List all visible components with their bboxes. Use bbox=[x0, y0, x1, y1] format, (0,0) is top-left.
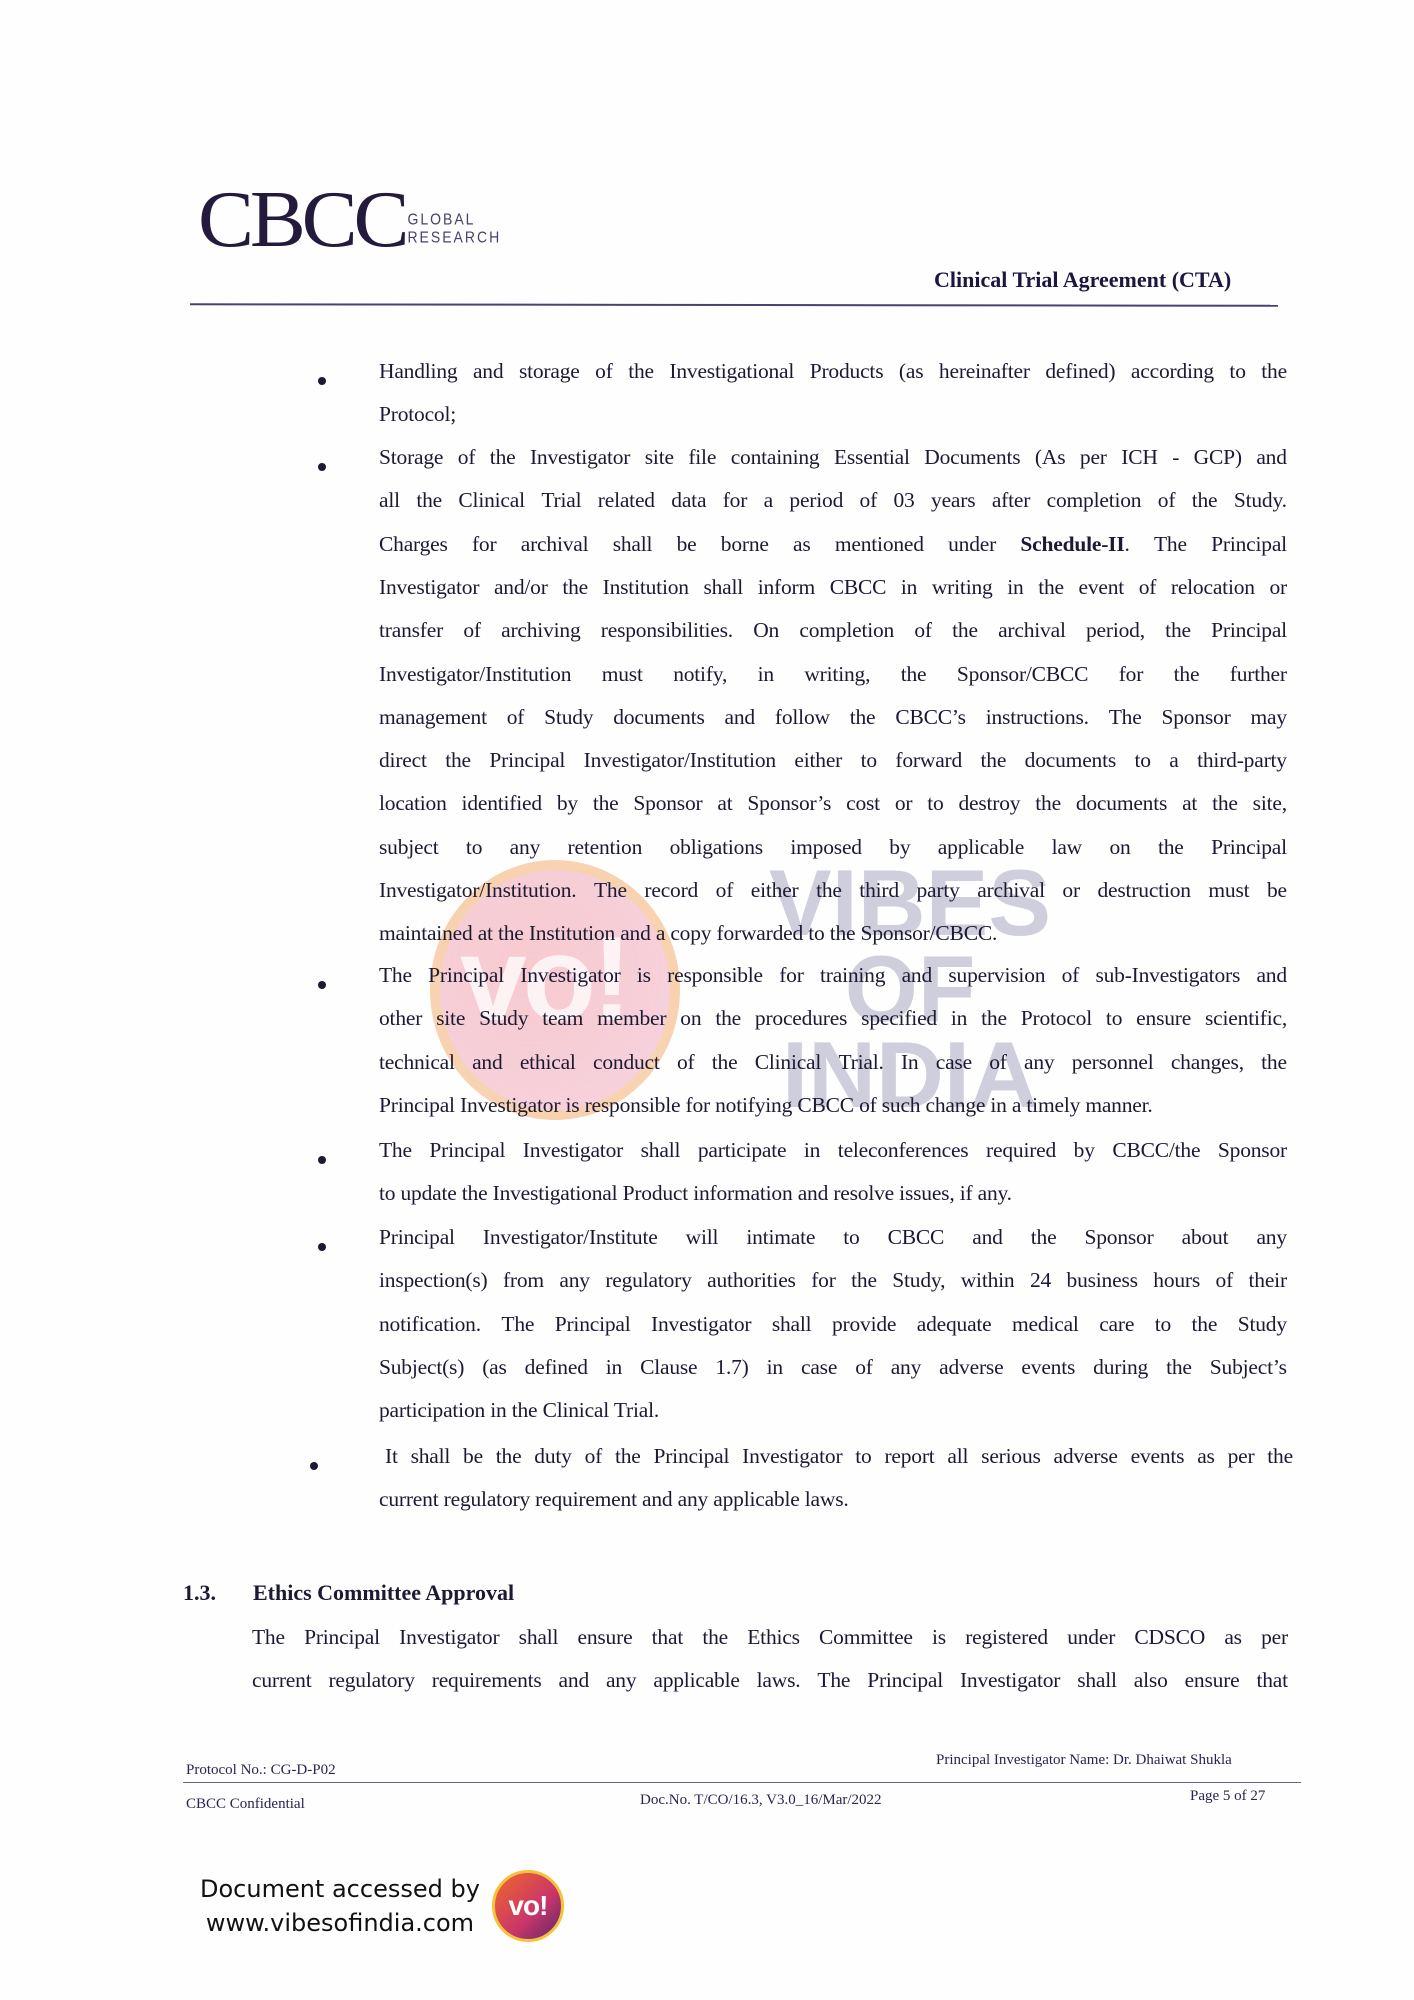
list-item-line: inspection(s)fromanyregulatoryauthoritie… bbox=[379, 1268, 1287, 1293]
list-item-line: StorageoftheInvestigatorsitefilecontaini… bbox=[379, 445, 1287, 470]
section-paragraph-line: ThePrincipalInvestigatorshallensurethatt… bbox=[252, 1625, 1288, 1650]
list-item-line: directthePrincipalInvestigator/Instituti… bbox=[379, 748, 1287, 773]
list-item-line: Investigator/Institution.Therecordofeith… bbox=[379, 878, 1287, 903]
list-item-line: participation in the Clinical Trial. bbox=[379, 1398, 659, 1423]
list-item-line: ThePrincipalInvestigatorshallparticipate… bbox=[379, 1138, 1287, 1163]
list-item-line: managementofStudydocumentsandfollowtheCB… bbox=[379, 705, 1287, 730]
section-title: Ethics Committee Approval bbox=[253, 1580, 514, 1605]
document-page: CBCC GLOBAL RESEARCH Clinical Trial Agre… bbox=[0, 0, 1414, 2000]
list-item-line: transferofarchivingresponsibilities.Onco… bbox=[379, 618, 1287, 643]
list-item-line: technicalandethicalconductoftheClinicalT… bbox=[379, 1050, 1287, 1075]
stamp-url: www.vibesofindia.com bbox=[200, 1906, 480, 1940]
list-item-line: subjecttoanyretentionobligationsimposedb… bbox=[379, 835, 1287, 860]
bullet-icon bbox=[318, 1243, 326, 1251]
stamp-text: Document accessed by www.vibesofindia.co… bbox=[200, 1872, 480, 1940]
list-item-line: current regulatory requirement and any a… bbox=[379, 1487, 849, 1512]
logo-subtitle: GLOBAL RESEARCH bbox=[407, 210, 501, 245]
footer-doc-number: Doc.No. T/CO/16.3, V3.0_16/Mar/2022 bbox=[640, 1792, 882, 1809]
logo-wordmark: CBCC bbox=[198, 180, 405, 260]
section-paragraph-line: currentregulatoryrequirementsandanyappli… bbox=[252, 1668, 1288, 1693]
footer-investigator: Principal Investigator Name: Dr. Dhaiwat… bbox=[936, 1752, 1232, 1769]
list-item-line: Subject(s)(asdefinedinClause1.7)incaseof… bbox=[379, 1355, 1287, 1380]
section-heading: 1.3.Ethics Committee Approval bbox=[183, 1580, 514, 1606]
list-item-line: Principal Investigator is responsible fo… bbox=[379, 1093, 1153, 1118]
stamp-line1: Document accessed by bbox=[200, 1872, 480, 1906]
header-divider bbox=[190, 303, 1278, 307]
footer-confidential: CBCC Confidential bbox=[186, 1796, 305, 1813]
logo-sub-line2: RESEARCH bbox=[407, 228, 501, 246]
list-item-line: notification.ThePrincipalInvestigatorsha… bbox=[379, 1312, 1287, 1337]
bullet-icon bbox=[318, 1156, 326, 1164]
document-title: Clinical Trial Agreement (CTA) bbox=[934, 267, 1231, 293]
bullet-icon bbox=[318, 981, 326, 989]
footer-divider bbox=[183, 1782, 1301, 1783]
list-item-line: Investigatorand/ortheInstitutionshallinf… bbox=[379, 575, 1287, 600]
list-item-line: othersiteStudyteammemberontheproceduress… bbox=[379, 1006, 1287, 1031]
list-item-line: Investigator/Institutionmustnotify,inwri… bbox=[379, 662, 1287, 687]
section-number: 1.3. bbox=[183, 1580, 253, 1606]
list-item-line: locationidentifiedbytheSponsoratSponsor’… bbox=[379, 791, 1287, 816]
list-item-line: HandlingandstorageoftheInvestigationalPr… bbox=[379, 359, 1287, 384]
bullet-icon bbox=[318, 377, 326, 385]
bullet-icon bbox=[318, 463, 326, 471]
vo-logo-icon: vo! bbox=[492, 1870, 564, 1942]
list-item-line: ItshallbethedutyofthePrincipalInvestigat… bbox=[385, 1444, 1293, 1469]
list-item-line: ThePrincipalInvestigatorisresponsiblefor… bbox=[379, 963, 1287, 988]
footer-protocol: Protocol No.: CG-D-P02 bbox=[186, 1762, 336, 1779]
bullet-icon bbox=[310, 1462, 318, 1470]
list-item-line: to update the Investigational Product in… bbox=[379, 1181, 1012, 1206]
cbcc-logo: CBCC GLOBAL RESEARCH bbox=[198, 180, 501, 260]
list-item-line: alltheClinicalTrialrelateddataforaperiod… bbox=[379, 488, 1287, 513]
list-item-line: PrincipalInvestigator/Institutewillintim… bbox=[379, 1225, 1287, 1250]
list-item-line: Protocol; bbox=[379, 402, 456, 427]
footer-page-number: Page 5 of 27 bbox=[1190, 1788, 1265, 1805]
logo-sub-line1: GLOBAL bbox=[407, 210, 501, 228]
access-stamp: Document accessed by www.vibesofindia.co… bbox=[200, 1870, 564, 1942]
list-item-line: Chargesforarchivalshallbeborneasmentione… bbox=[379, 532, 1287, 557]
list-item-line: maintained at the Institution and a copy… bbox=[379, 921, 997, 946]
